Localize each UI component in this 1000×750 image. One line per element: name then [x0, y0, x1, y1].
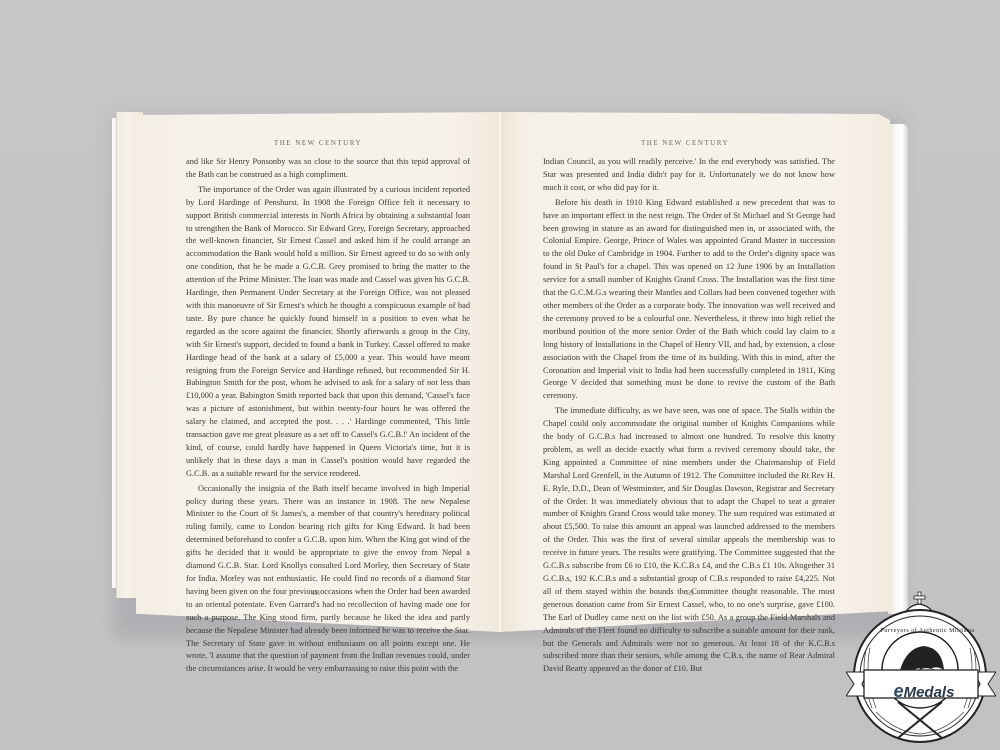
- emedals-badge-icon: [846, 590, 996, 750]
- paragraph: Before his death in 1910 King Edward est…: [543, 197, 835, 404]
- paragraph: The importance of the Order was again il…: [186, 184, 470, 481]
- badge-motto: Purveyors of Authentic Militaria: [880, 628, 975, 634]
- paragraph: Indian Council, as you will readily perc…: [543, 156, 835, 195]
- paragraph: Occasionally the insignia of the Bath it…: [186, 483, 470, 677]
- right-page-number: 69: [670, 588, 710, 597]
- paragraph: The immediate difficulty, as we have see…: [543, 405, 835, 676]
- left-running-head: THE NEW CENTURY: [136, 139, 500, 147]
- book-cover-right: [888, 124, 908, 614]
- photo-scene: THE NEW CENTURY THE NEW CENTURY and like…: [0, 0, 1000, 750]
- book-gutter: [497, 112, 503, 632]
- paragraph: and like Sir Henry Ponsonby was so close…: [186, 156, 470, 182]
- right-running-head: THE NEW CENTURY: [500, 139, 870, 147]
- right-page-text: Indian Council, as you will readily perc…: [543, 156, 835, 676]
- left-page-text: and like Sir Henry Ponsonby was so close…: [186, 156, 470, 676]
- left-page-number: 68: [296, 588, 336, 597]
